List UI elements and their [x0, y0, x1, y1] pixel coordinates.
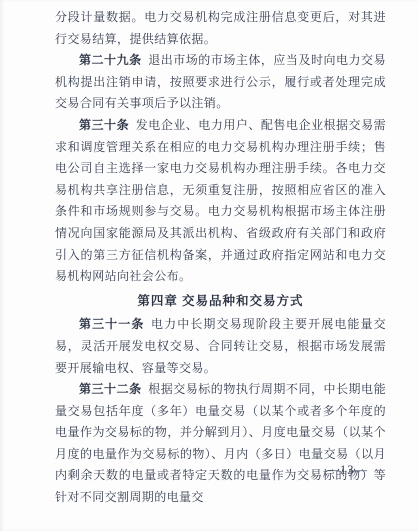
article-number-32: 第三十二条 — [79, 382, 142, 396]
page-number: —13— — [327, 463, 369, 478]
article-number-30: 第三十条 — [79, 118, 129, 132]
article-number-29: 第二十九条 — [79, 53, 142, 67]
document-page: 分段计量数据。电力交易机构完成注册信息变更后，对其进行交易结算，提供结算依据。 … — [0, 0, 418, 531]
paragraph-article-32: 第三十二条根据交易标的物执行周期不同，中长期电能量交易包括年度（多年）电量交易（… — [55, 379, 386, 509]
chapter-heading: 第四章 交易品种和交易方式 — [55, 291, 386, 313]
paragraph-article-30: 第三十条发电企业、电力用户、配售电企业根据交易需求和调度管理关系在相应的电力交易… — [55, 115, 386, 288]
paragraph-text: 分段计量数据。电力交易机构完成注册信息变更后，对其进行交易结算，提供结算依据。 — [55, 10, 386, 46]
paragraph-continuation: 分段计量数据。电力交易机构完成注册信息变更后，对其进行交易结算，提供结算依据。 — [55, 7, 386, 50]
article-number-31: 第三十一条 — [79, 317, 144, 331]
paragraph-article-31: 第三十一条电力中长期交易现阶段主要开展电能量交易，灵活开展发电权交易、合同转让交… — [55, 314, 386, 379]
paragraph-text: 发电企业、电力用户、配售电企业根据交易需求和调度管理关系在相应的电力交易机构办理… — [55, 118, 386, 283]
document-text-block: 分段计量数据。电力交易机构完成注册信息变更后，对其进行交易结算，提供结算依据。 … — [55, 7, 386, 509]
paragraph-article-29: 第二十九条退出市场的市场主体，应当及时向电力交易机构提出注销申请，按照要求进行公… — [55, 50, 386, 115]
paragraph-text: 根据交易标的物执行周期不同，中长期电能量交易包括年度（多年）电量交易（以某个或者… — [55, 382, 386, 504]
